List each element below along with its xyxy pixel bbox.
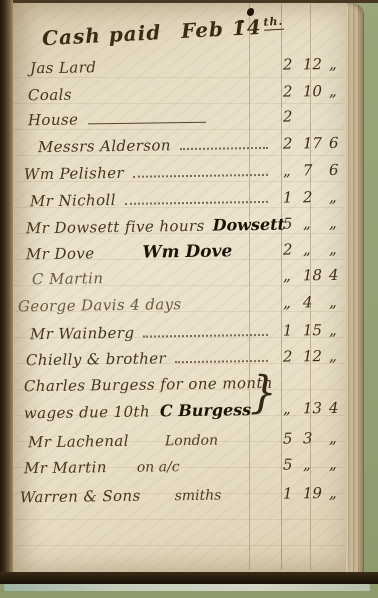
grouping-brace: } xyxy=(250,367,277,418)
amount-pounds: 2 xyxy=(283,83,293,101)
leader-line xyxy=(180,147,268,150)
amount-pounds: 2 xyxy=(283,241,293,259)
entry-name: Mr Dove xyxy=(26,244,95,263)
amount-pounds: 2 xyxy=(283,56,293,74)
leader-line xyxy=(133,174,268,178)
entry-name: Wm Pelisher xyxy=(24,164,124,183)
ledger-row: Warren & Sonssmiths 1 19 „ xyxy=(0,483,378,514)
amount-pounds: 2 xyxy=(283,348,293,366)
amount-pence: „ xyxy=(329,429,337,447)
amount-pounds: 1 xyxy=(283,485,293,503)
leader-line xyxy=(143,334,268,338)
amount-pounds: 1 xyxy=(283,322,293,340)
entry-name: Mr Martin xyxy=(24,458,107,477)
entry-suffix: smiths xyxy=(175,488,222,505)
amount-shillings: 15 xyxy=(303,321,322,339)
amount-shillings: 18 xyxy=(303,266,322,284)
amount-pounds: „ xyxy=(283,400,291,418)
leader-line xyxy=(125,201,268,205)
amount-pence: „ xyxy=(329,214,337,232)
amount-pence: „ xyxy=(329,188,337,206)
ink-dot xyxy=(241,20,244,23)
amount-pence: „ xyxy=(329,293,337,311)
entry-name: Warren & Sons xyxy=(20,487,141,507)
ledger-row: Messrs Alderson 2 17 6 xyxy=(0,133,378,164)
entry-annotation: Dowsett xyxy=(213,215,286,235)
amount-shillings: „ xyxy=(303,240,311,258)
amount-shillings: 12 xyxy=(303,347,322,365)
entry-name: Messrs Alderson xyxy=(38,136,171,156)
entry-name: George Davis 4 days xyxy=(18,295,182,315)
amount-shillings: 7 xyxy=(303,161,313,179)
entry-name: Charles Burgess for one month xyxy=(24,374,273,395)
table-surface-sliver xyxy=(4,584,370,591)
entry-name-line2: wages due 10th xyxy=(24,403,150,423)
amount-shillings: 4 xyxy=(303,293,313,311)
ledger-row: Jas Lard 2 12 „ xyxy=(0,54,378,85)
book-bottom-cover xyxy=(0,572,378,584)
entry-annotation: C Burgess xyxy=(160,400,252,420)
amount-pence: 4 xyxy=(329,266,339,284)
amount-shillings: 3 xyxy=(303,429,313,447)
ledger-row: wages due 10thC Burgess „ 13 4 xyxy=(0,398,378,429)
amount-shillings: 19 xyxy=(303,484,322,502)
amount-shillings: 2 xyxy=(303,188,313,206)
amount-shillings: 13 xyxy=(303,399,322,417)
amount-shillings: 17 xyxy=(303,134,322,152)
amount-pounds: 2 xyxy=(283,108,293,126)
ledger-row: Mr Martinon a/c 5 „ „ xyxy=(0,454,378,485)
entry-name: Coals xyxy=(28,86,72,105)
amount-pounds: 1 xyxy=(283,189,293,207)
amount-pence: „ xyxy=(329,484,337,502)
entry-name: Mr Wainberg xyxy=(30,324,135,343)
amount-pence: 6 xyxy=(329,161,339,179)
amount-pence: „ xyxy=(329,82,337,100)
entry-name: Chielly & brother xyxy=(26,349,166,369)
amount-pence: 6 xyxy=(329,134,339,152)
entry-name: Mr Nicholl xyxy=(30,191,116,210)
amount-pounds: „ xyxy=(283,267,291,285)
entry-name: Jas Lard xyxy=(30,58,97,77)
amount-pence: „ xyxy=(329,347,337,365)
title-date-superscript: th. xyxy=(263,15,284,31)
amount-pounds: 5 xyxy=(283,430,293,448)
leader-line xyxy=(88,122,206,125)
amount-pence: „ xyxy=(329,321,337,339)
amount-pence: 4 xyxy=(329,399,339,417)
entry-suffix: on a/c xyxy=(137,459,180,476)
entry-name: House xyxy=(28,111,79,130)
ledger-row: George Davis 4 days „ 4 „ xyxy=(0,292,378,323)
entry-suffix: London xyxy=(165,433,218,450)
amount-pence: „ xyxy=(329,55,337,73)
entry-annotation: Wm Dove xyxy=(142,241,232,262)
amount-pounds: 2 xyxy=(283,135,293,153)
amount-shillings: 10 xyxy=(303,82,322,100)
amount-pounds: 5 xyxy=(283,456,293,474)
ledger-photo: Cash paid Feb 14th. Jas Lard 2 12 „ Coal… xyxy=(0,0,378,598)
amount-pence: „ xyxy=(329,240,337,258)
amount-shillings: „ xyxy=(303,214,311,232)
amount-pounds: „ xyxy=(283,162,291,180)
entry-name: Mr Lachenal xyxy=(28,432,129,451)
amount-pence: „ xyxy=(329,455,337,473)
entry-name: Mr Dowsett five hours xyxy=(26,217,205,237)
ledger-row: Wm Pelisher „ 7 6 xyxy=(0,160,378,191)
amount-shillings: „ xyxy=(303,455,311,473)
amount-pounds: 5 xyxy=(283,215,293,233)
ledger-row: C Martin „ 18 4 xyxy=(0,265,378,296)
amount-shillings: 12 xyxy=(303,55,322,73)
entry-name: C Martin xyxy=(32,269,104,288)
ledger-row: House 2 xyxy=(0,106,378,137)
leader-line xyxy=(175,360,268,363)
amount-pounds: „ xyxy=(283,294,291,312)
